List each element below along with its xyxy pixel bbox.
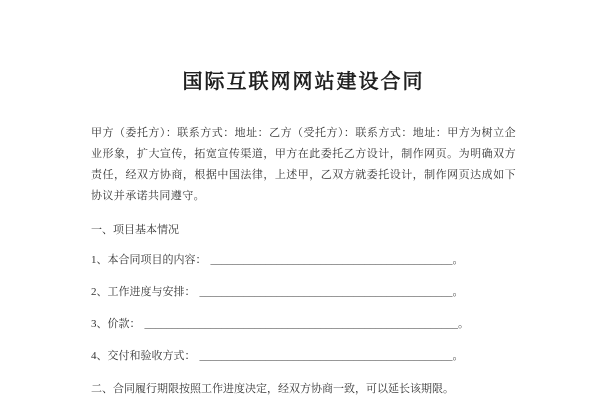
- contract-title: 国际互联网网站建设合同: [91, 68, 516, 96]
- item-4-terminator: 。: [453, 350, 464, 362]
- intro-paragraph: 甲方（委托方）：联系方式：地址：乙方（受托方）：联系方式：地址：甲方为树立企业形…: [91, 123, 516, 207]
- item-2-blank-line: ________________________________________…: [196, 286, 453, 298]
- contract-item-2: 2、工作进度与安排：______________________________…: [91, 282, 516, 303]
- item-4-blank-line: ________________________________________…: [196, 350, 453, 362]
- section-two-paragraph: 二、合同履行期限按照工作进度决定，经双方协商一致，可以延长该期限。: [91, 379, 516, 400]
- item-2-label: 2、工作进度与安排：: [91, 286, 196, 298]
- section-one-heading: 一、项目基本情况: [91, 220, 516, 241]
- item-1-blank-line: ________________________________________…: [207, 254, 453, 266]
- contract-item-4: 4、交付和验收方式：______________________________…: [91, 346, 516, 367]
- item-3-terminator: 。: [458, 318, 469, 330]
- item-3-blank-line: ________________________________________…: [141, 318, 459, 330]
- item-1-terminator: 。: [453, 254, 464, 266]
- contract-document-page: 国际互联网网站建设合同 甲方（委托方）：联系方式：地址：乙方（受托方）：联系方式…: [0, 0, 600, 400]
- contract-item-3: 3、价款：___________________________________…: [91, 314, 516, 335]
- item-4-label: 4、交付和验收方式：: [91, 350, 196, 362]
- item-3-label: 3、价款：: [91, 318, 141, 330]
- item-2-terminator: 。: [453, 286, 464, 298]
- contract-item-1: 1、本合同项目的内容：_____________________________…: [91, 250, 516, 271]
- item-1-label: 1、本合同项目的内容：: [91, 254, 207, 266]
